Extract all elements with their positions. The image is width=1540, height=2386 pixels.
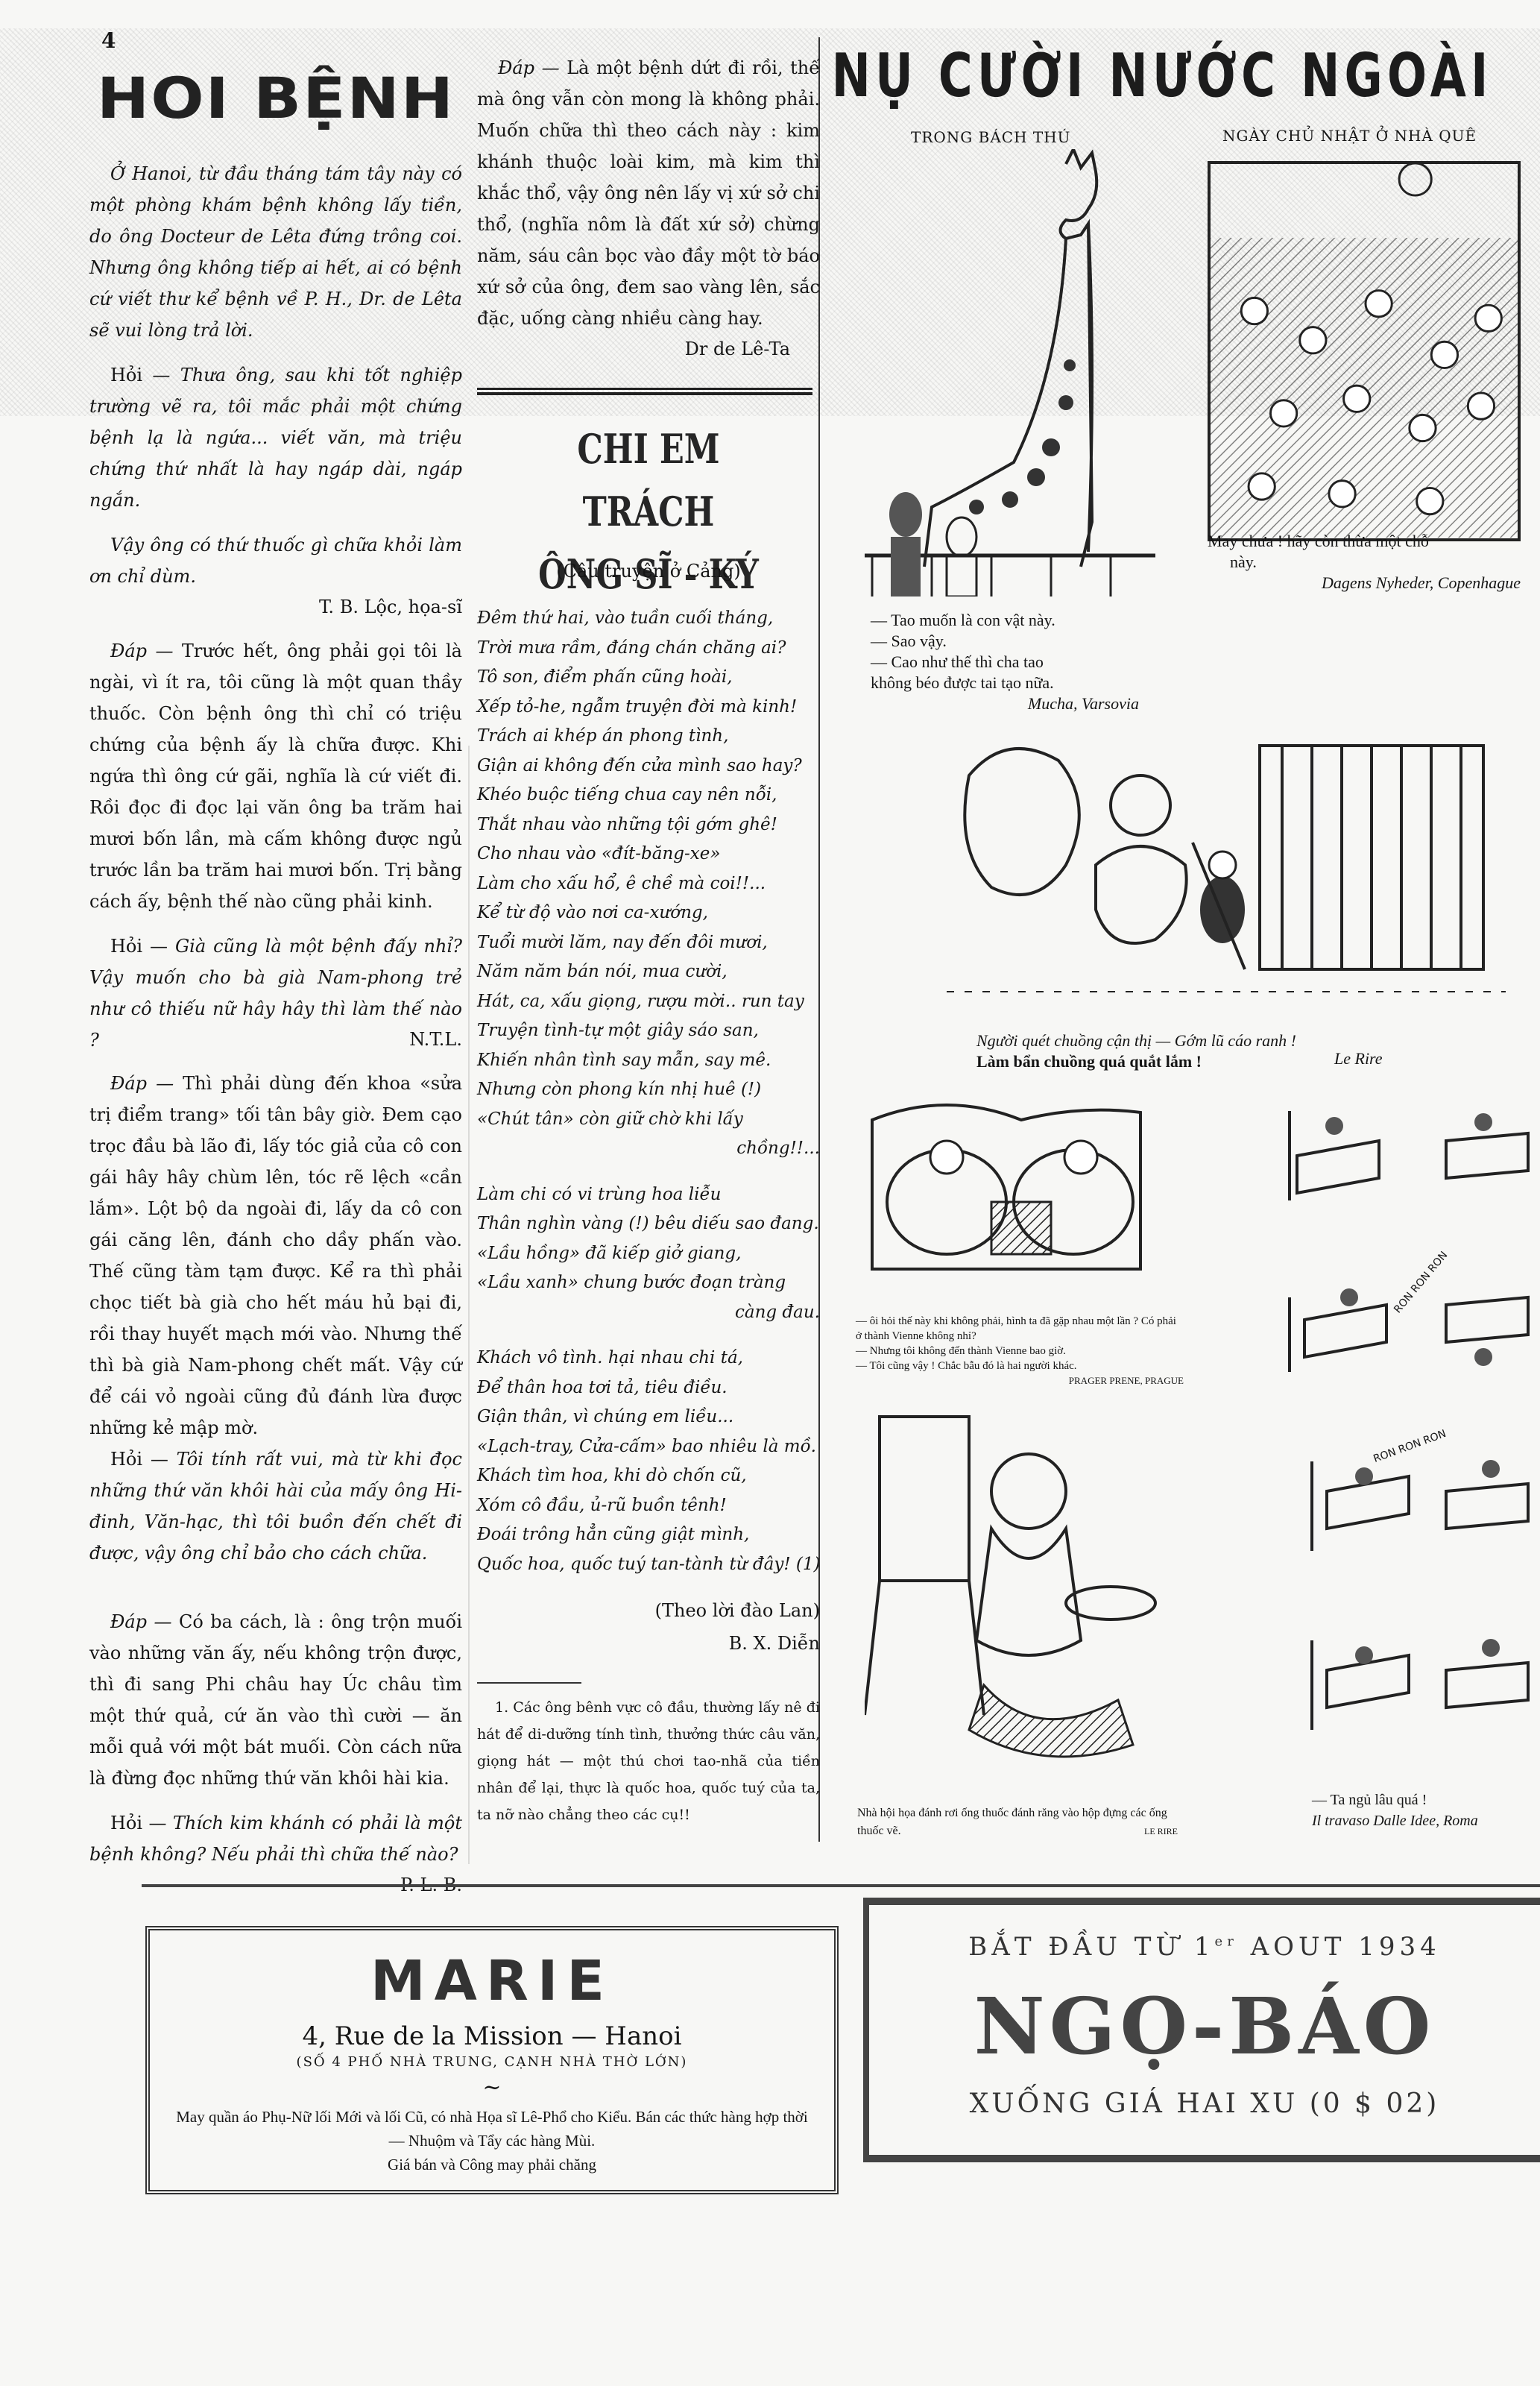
hoi-benh-intro: Ở Hanoi, từ đầu tháng tám tây này có một…: [89, 158, 462, 346]
poem-credit-source: (Theo lời đào Lan): [477, 1594, 820, 1627]
poem-line: Khách tìm hoa, khi dò chốn cũ,: [477, 1461, 820, 1491]
ad-price: XUỐNG GIÁ HAI XU (0 $ 02): [869, 2088, 1540, 2119]
caption-source: Dagens Nyheder, Copenhague: [1208, 573, 1521, 594]
cartoon-caption: — Tao muốn là con vật này. — Sao vậy. — …: [871, 610, 1139, 714]
poem-line: càng đau.: [477, 1298, 820, 1328]
caption-line: — Nhưng tôi không đến thành Vienne bao g…: [856, 1344, 1184, 1359]
ad-title: MARIE: [150, 1951, 834, 2011]
section-divider: [142, 1884, 1540, 1887]
caption-line: Người quét chuồng cận thị — Gớm lũ cáo r…: [976, 1030, 1379, 1051]
poem-body: Đêm thứ hai, vào tuần cuối tháng,Trời mư…: [477, 604, 820, 1828]
answer-label: Đáp —: [498, 57, 567, 78]
answer-text: Có ba cách, là : ông trộn muối vào những…: [89, 1611, 462, 1789]
caption-line: không béo được tai tạo nữa.: [871, 673, 1139, 693]
stanza-gap: [477, 1164, 820, 1180]
ad-start-date: BẮT ĐẦU TỪ 1er AOUT 1934: [869, 1932, 1540, 1962]
crowd-cartoon: [1208, 161, 1521, 541]
painter-cartoon: [865, 1402, 1178, 1775]
poem-line: Làm chi có vi trùng hoa liễu: [477, 1180, 820, 1210]
caption-line: — Ta ngủ lâu quá !: [1312, 1789, 1540, 1810]
poem-line: Trời mưa rầm, đáng chán chăng ai?: [477, 634, 820, 664]
poem-line: Quốc hoa, quốc tuý tan-tành từ đây! (1): [477, 1550, 820, 1580]
cartoon-caption: Nhà hội họa đánh rơi ống thuốc đánh răng…: [857, 1804, 1178, 1840]
caption-source: Il travaso Dalle Idee, Roma: [1312, 1810, 1540, 1831]
poem-line: Năm năm bán nói, mua cười,: [477, 957, 820, 987]
two-men-illustration-icon: [857, 1090, 1185, 1291]
poem-line: Nhưng còn phong kín nhị huê (!): [477, 1075, 820, 1105]
hoi-benh-continued: Đáp — Là một bệnh dứt đi rồi, thế mà ông…: [477, 52, 820, 364]
poem-line: Tô son, điểm phấn cũng hoài,: [477, 663, 820, 693]
cartoon-caption: May chưa ! hãy còn thừa một chỗ này. Dag…: [1208, 531, 1521, 594]
poem-line: Kể từ độ vào nơi ca-xướng,: [477, 898, 820, 928]
caption-line: — Tao muốn là con vật này.: [871, 610, 1139, 631]
poem-line: Giận thân, vì chúng em liều...: [477, 1403, 820, 1432]
question-3: Hỏi — Tôi tính rất vui, mà từ khi đọc nh…: [89, 1444, 462, 1569]
ad-body-pricing: Giá bán và Công may phải chăng: [150, 2153, 834, 2176]
poem-line: Truyện tình-tự một giây sáo san,: [477, 1016, 820, 1046]
question-1: Hỏi — Thưa ông, sau khi tốt nghiệp trườn…: [89, 359, 462, 516]
bench-sleepers-illustration-icon: [1267, 1074, 1540, 1767]
nu-cuoi-title: NỤ CƯỜI NƯỚC NGOÀI: [820, 46, 1381, 106]
poem-line: Thắt nhau vào những tội gớm ghê!: [477, 810, 820, 840]
poem-line: Đoái trông hẳn cũng giật mình,: [477, 1520, 820, 1550]
poem-line: Khiến nhân tình say mẫn, say mê.: [477, 1046, 820, 1076]
cartoon-caption: — ôi hỏi thế này khi không phải, hình ta…: [856, 1314, 1184, 1388]
ad-body: May quần áo Phụ-Nữ lối Mới và lối Cũ, có…: [150, 2105, 834, 2153]
caption-line: — Sao vậy.: [871, 631, 1139, 652]
date-suffix: AOUT 1934: [1238, 1932, 1441, 1962]
hoi-benh-title: HOI BỆNH: [89, 70, 462, 127]
caption-source: Le Rire: [1334, 1048, 1409, 1069]
ngo-bao-advertisement: BẮT ĐẦU TỪ 1er AOUT 1934 NGỌ-BÁO XUỐNG G…: [863, 1898, 1540, 2162]
poem-line: «Lầu xanh» chung bước đoạn tràng: [477, 1268, 820, 1298]
section-divider: [477, 388, 812, 395]
cartoon-caption: Người quét chuồng cận thị — Gớm lũ cáo r…: [976, 1030, 1379, 1072]
caption-line: Làm bẩn chuồng quá quắt lắm !: [976, 1051, 1379, 1072]
poem-line: Làm cho xấu hổ, ê chề mà coi!!...: [477, 869, 820, 899]
ad-address: 4, Rue de la Mission — Hanoi: [150, 2021, 834, 2051]
poem-line: «Chút tân» còn giữ chờ khi lấy: [477, 1105, 820, 1135]
signature: N.T.L.: [89, 1024, 462, 1054]
zoo-keeper-cartoon: [947, 716, 1506, 1014]
poem-line: Đêm thứ hai, vào tuần cuối tháng,: [477, 604, 820, 634]
poem-subtitle: (Câu truyện ở Cảng): [477, 561, 820, 582]
answer-label: Đáp —: [110, 1073, 183, 1094]
question-1-cont: Vậy ông có thứ thuốc gì chữa khỏi làm ơn…: [89, 529, 462, 592]
painter-illustration-icon: [865, 1402, 1178, 1775]
signature: T. B. Lộc, họa-sĩ: [89, 592, 462, 622]
caption-line: May chưa ! hãy còn thừa một chỗ: [1208, 531, 1521, 552]
poem-line: chồng!!...: [477, 1134, 820, 1164]
restaurant-cartoon: [857, 1090, 1185, 1291]
crowd-illustration-icon: [1211, 164, 1518, 538]
column-divider: [468, 746, 470, 1864]
cartoon-caption: — Ta ngủ lâu quá ! Il travaso Dalle Idee…: [1312, 1789, 1540, 1831]
poem-line: «Lạch-tray, Cửa-cấm» bao nhiêu là mồ.: [477, 1432, 820, 1462]
answer-label: Đáp —: [110, 640, 182, 661]
cartoon-heading: TRONG BÁCH THÚ: [911, 128, 1071, 146]
date-prefix: BẮT ĐẦU TỪ 1: [968, 1932, 1214, 1962]
answer-3: Đáp — Có ba cách, là : ông trộn muối vào…: [89, 1606, 462, 1794]
poem-line: Tuổi mười lăm, nay đến đôi mươi,: [477, 928, 820, 958]
stanza-gap: [477, 1327, 820, 1344]
poem-line: Khách vô tình. hại nhau chi tá,: [477, 1344, 820, 1373]
marie-advertisement: MARIE 4, Rue de la Mission — Hanoi (SỐ 4…: [145, 1926, 839, 2194]
answer-4: Đáp — Là một bệnh dứt đi rồi, thế mà ông…: [477, 52, 820, 334]
question-text: Thưa ông, sau khi tốt nghiệp trường vẽ r…: [89, 365, 462, 511]
ad-address-vn: (SỐ 4 PHỐ NHÀ TRUNG, CẠNH NHÀ THỜ LỚN): [150, 2054, 834, 2070]
answer-text: Thì phải dùng đến khoa «sửa trị điểm tra…: [89, 1073, 462, 1438]
caption-line: — Tôi cũng vậy ! Chắc bẫu đó là hai ngườ…: [856, 1359, 1184, 1373]
poem-line: Cho nhau vào «đít-băng-xe»: [477, 840, 820, 869]
giraffe-illustration-icon: [842, 149, 1170, 596]
poem-line: Để thân hoa tơi tả, tiêu điều.: [477, 1373, 820, 1403]
cartoon-heading: NGÀY CHỦ NHẬT Ở NHÀ QUÊ: [1222, 127, 1477, 145]
poem-line: «Lầu hồng» đã kiếp giở giang,: [477, 1239, 820, 1269]
answer-text: Trước hết, ông phải gọi tôi là ngài, vì …: [89, 640, 462, 912]
poem-author: B. X. Diễn: [477, 1627, 820, 1660]
answer-text: Là một bệnh dứt đi rồi, thế mà ông vẫn c…: [477, 57, 820, 329]
poem-line: Thân nghìn vàng (!) bêu diếu sao đang.: [477, 1209, 820, 1239]
caption-line: — Cao như thế thì cha tao: [871, 652, 1139, 673]
footnote-rule: [477, 1682, 581, 1684]
poem-line: Xếp tỏ-he, ngẫm truyện đời mà kinh!: [477, 693, 820, 723]
caption-line: — ôi hỏi thế này khi không phải, hình ta…: [856, 1314, 1184, 1344]
ad-title: NGỌ-BÁO: [869, 1986, 1540, 2068]
question-4: Hỏi — Thích kim khánh có phải là một bện…: [89, 1807, 462, 1870]
question-label: Hỏi —: [110, 1449, 177, 1470]
poem-line: Xóm cô đầu, ủ-rũ buồn tênh!: [477, 1491, 820, 1521]
caption-line: này.: [1208, 552, 1521, 573]
poem-line: Giận ai không đến cửa mình sao hay?: [477, 752, 820, 781]
question-label: Hỏi —: [110, 365, 180, 385]
question-label: Hỏi —: [110, 936, 175, 957]
doctor-signature: Dr de Lê-Ta: [477, 334, 820, 364]
hoi-benh-column: HOI BỆNH Ở Hanoi, từ đầu tháng tám tây n…: [89, 30, 462, 1900]
poem-line: Khéo buộc tiếng chua cay nên nỗi,: [477, 781, 820, 810]
date-sup: er: [1215, 1934, 1238, 1950]
answer-label: Đáp —: [110, 1611, 179, 1632]
caption-source: PRAGER PRENE, PRAGUE: [856, 1373, 1184, 1388]
answer-2: Đáp — Thì phải dùng đến khoa «sửa trị đi…: [89, 1068, 462, 1444]
answer-1: Đáp — Trước hết, ông phải gọi tôi là ngà…: [89, 635, 462, 917]
giraffe-cartoon: [842, 149, 1170, 596]
caption-source: Mucha, Varsovia: [871, 693, 1139, 714]
flourish-icon: ~: [150, 2074, 834, 2100]
poem-title-line-1: CHI EM TRÁCH: [523, 418, 774, 543]
park-bench-cartoon: [1267, 1074, 1540, 1767]
footnote: 1. Các ông bênh vực cô đầu, thường lấy n…: [477, 1694, 820, 1828]
caption-source: LE RIRE: [857, 1822, 1178, 1840]
column-divider: [818, 37, 820, 1842]
foxes-cage-illustration-icon: [947, 716, 1506, 1014]
poem-line: Trách ai khép án phong tình,: [477, 722, 820, 752]
question-label: Hỏi —: [110, 1813, 173, 1833]
poem-line: Hát, ca, xấu giọng, rượu mời.. run tay: [477, 987, 820, 1017]
newspaper-page: 4 HOI BỆNH Ở Hanoi, từ đầu tháng tám tây…: [0, 0, 1540, 2386]
